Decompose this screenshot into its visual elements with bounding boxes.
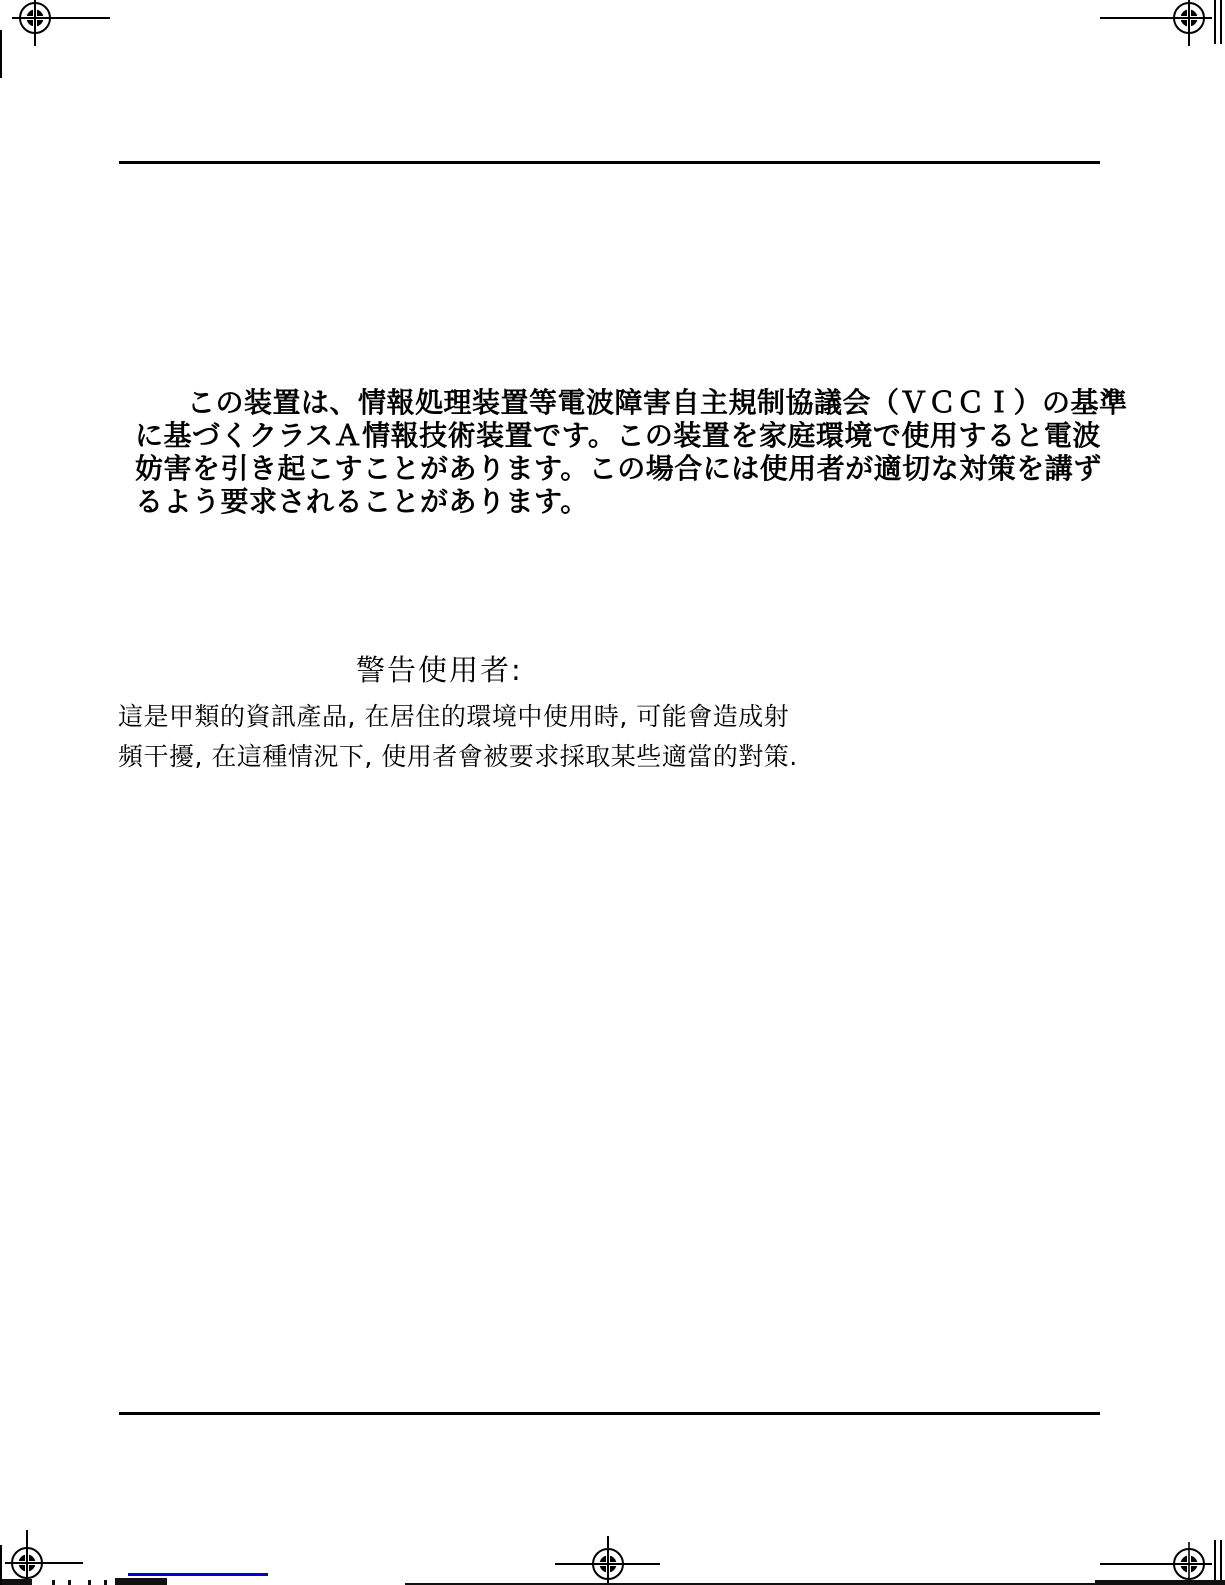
trim-mark-line — [607, 1536, 609, 1585]
hyperlink-underline[interactable] — [128, 1573, 268, 1576]
trim-mark-line — [26, 1530, 28, 1585]
trim-mark-line — [34, 0, 36, 46]
trim-mark-line — [1214, 1540, 1216, 1585]
trim-mark-line — [1100, 1563, 1212, 1565]
document-page: この装置は、情報処理装置等電波障害自主規制協議会（ＶＣＣＩ）の基準 に基づくクラ… — [0, 0, 1225, 1585]
cutoff-text-sliver — [52, 1580, 55, 1585]
vcci-notice-japanese: この装置は、情報処理装置等電波障害自主規制協議会（ＶＣＣＩ）の基準 に基づくクラ… — [135, 386, 945, 518]
trim-mark-line — [1188, 0, 1190, 46]
vcci-notice-line: るよう要求されることがあります。 — [135, 485, 945, 518]
header-rule — [119, 161, 1100, 164]
bsmi-warning-line: 頻干擾, 在這種情況下, 使用者會被要求採取某些適當的對策. — [118, 737, 798, 773]
trim-mark-line — [12, 17, 110, 19]
footer-rule — [119, 1412, 1100, 1415]
trim-mark-line — [5, 1562, 83, 1564]
trim-mark-line — [0, 30, 2, 78]
trim-mark-line — [1214, 0, 1216, 44]
trim-mark-line — [1220, 1540, 1222, 1585]
bsmi-warning-heading: 警告使用者: — [356, 648, 523, 689]
cutoff-text-sliver — [68, 1580, 71, 1585]
trim-mark-line — [1220, 0, 1222, 44]
vcci-notice-line: に基づくクラスＡ情報技術装置です。この装置を家庭環境で使用すると電波 — [135, 419, 945, 452]
cutoff-text-sliver — [88, 1580, 91, 1585]
vcci-notice-line: 妨害を引き起こすことがあります。この場合には使用者が適切な対策を講ず — [135, 452, 945, 485]
cutoff-text-sliver — [104, 1580, 107, 1585]
cutoff-text-sliver — [115, 1578, 167, 1585]
cutoff-text-sliver — [2, 1579, 32, 1585]
vcci-notice-line: この装置は、情報処理装置等電波障害自主規制協議会（ＶＣＣＩ）の基準 — [135, 386, 945, 419]
bsmi-warning-line: 這是甲類的資訊產品, 在居住的環境中使用時, 可能會造成射 — [118, 697, 789, 733]
cutoff-text-sliver — [1095, 1580, 1225, 1585]
trim-mark-line — [1100, 17, 1212, 19]
